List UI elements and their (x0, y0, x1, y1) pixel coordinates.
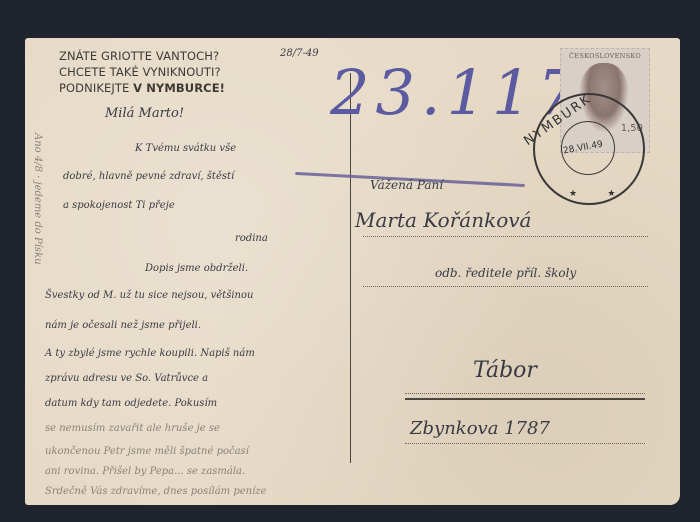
message-line: Srdečně Vás zdravíme, dnes posílám peníz… (45, 486, 266, 497)
address-name: Marta Kořánková (355, 208, 531, 232)
postmark: NYMBURK 28.VII.49 ★ ★ (533, 93, 645, 205)
advert-line-3: PODNIKEJTE V NYMBURCE! (59, 80, 225, 96)
message-line: zprávu adresu ve So. Vatrůvce a (45, 373, 208, 384)
divider-line (350, 73, 351, 463)
advert-line-1: ZNÁTE GRIOTTE VANTOCH? (59, 48, 225, 64)
stamp-country: ČESKOSLOVENSKO (561, 52, 649, 60)
address-city-underline (405, 398, 645, 400)
message-line: K Tvému svátku vše (135, 143, 236, 154)
message-line: datum kdy tam odjedete. Pokusím (45, 398, 217, 409)
margin-note: Ano 4/8 · jedeme do Písku (32, 133, 43, 265)
greeting: Milá Marto! (105, 106, 184, 121)
message-line: Dopis jsme obdrželi. (145, 263, 248, 274)
postcard: ZNÁTE GRIOTTE VANTOCH? CHCETE TAKÉ VYNIK… (25, 38, 680, 505)
message-line: se nemusím zavařit ale hruše je se (45, 423, 220, 434)
message-line: nám je očesali než jsme přijeli. (45, 320, 201, 331)
message-line: A ty zbylé jsme rychle koupili. Napiš ná… (45, 348, 255, 359)
message-line: rodina (235, 233, 268, 244)
message-line: a spokojenost Ti přeje (63, 200, 175, 211)
advert-line-3-prefix: PODNIKEJTE (59, 81, 133, 95)
message-line: dobré, hlavně pevné zdraví, štěstí (63, 171, 234, 182)
address-city: Tábor (473, 358, 537, 383)
address-salutation: Vážená Paní (370, 178, 443, 192)
message-line: Švestky od M. už tu sice nejsou, většino… (45, 290, 253, 301)
advert-line-2: CHCETE TAKÉ VYNIKNOUTI? (59, 64, 225, 80)
message-line: ani rovina. Přišel by Pepa... se zasmála… (45, 466, 245, 477)
postmark-ornaments: ★ ★ (569, 188, 629, 199)
advert-line-3-bold: V NYMBURCE! (133, 81, 225, 95)
advertisement-text: ZNÁTE GRIOTTE VANTOCH? CHCETE TAKÉ VYNIK… (59, 48, 225, 96)
address-line (405, 443, 645, 444)
message-line: ukončenou Petr jsme měli špatné počasí (45, 446, 249, 457)
date-note: 28/7-49 (280, 48, 319, 59)
address-line (363, 236, 648, 237)
address-title: odb. ředitele příl. školy (435, 266, 576, 280)
address-line (363, 286, 648, 287)
address-street: Zbynkova 1787 (410, 418, 550, 439)
